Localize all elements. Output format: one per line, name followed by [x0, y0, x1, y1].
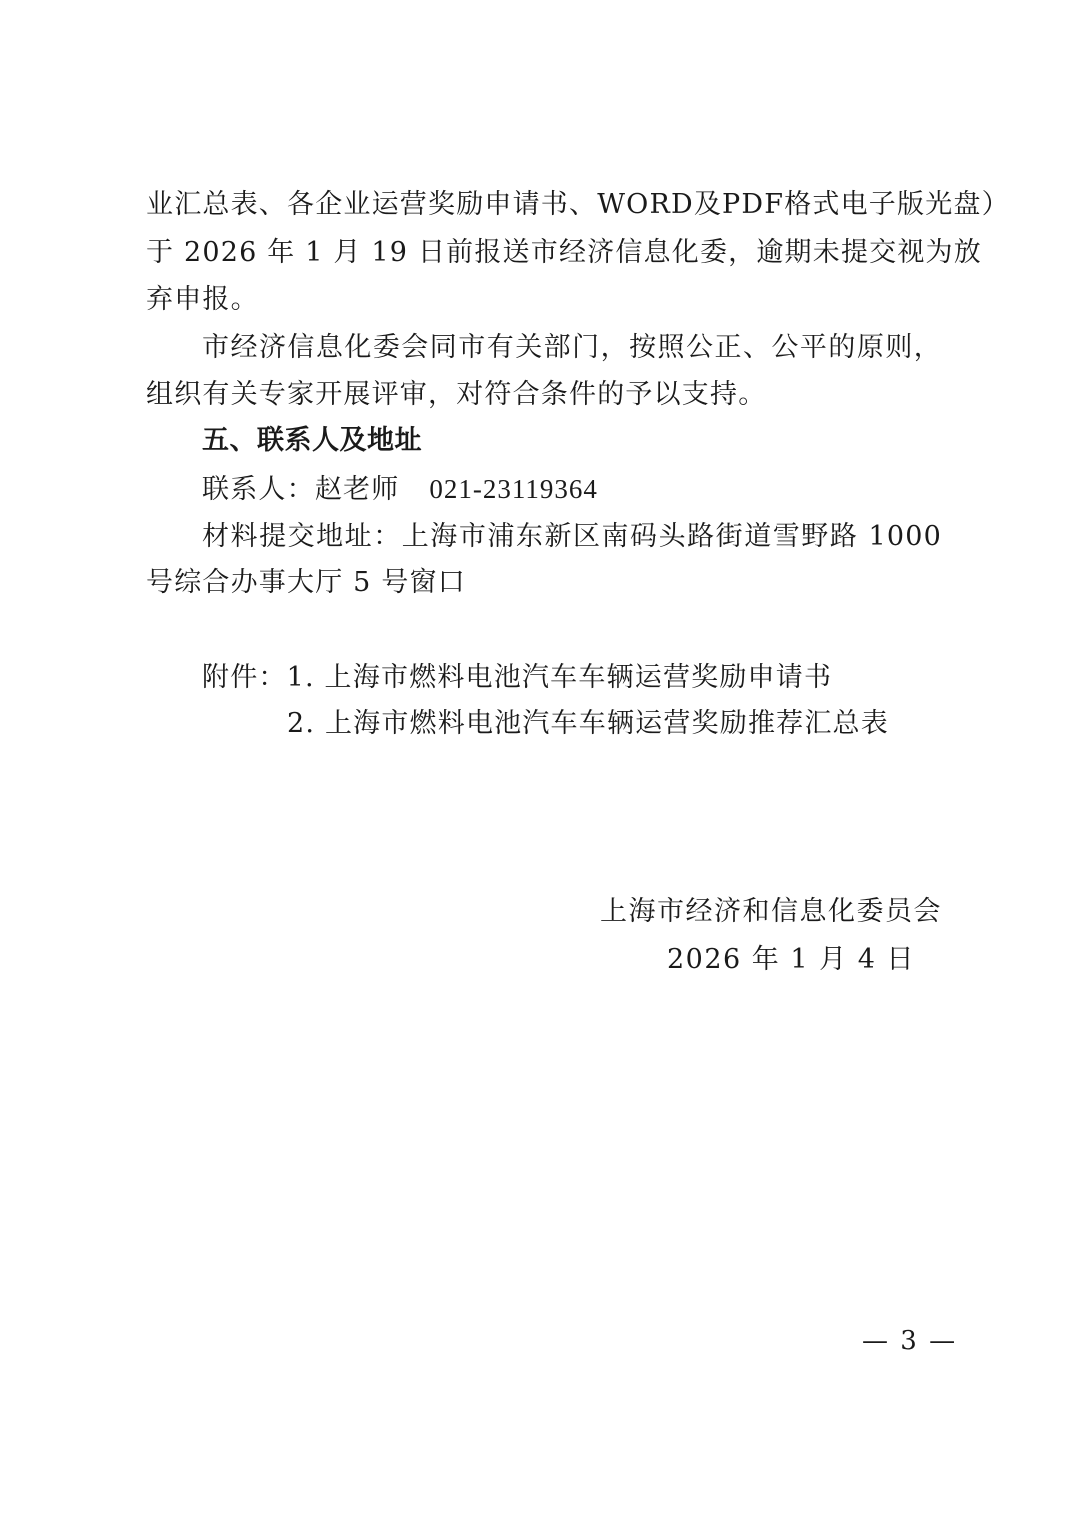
address-line-1: 材料提交地址：上海市浦东新区南码头路街道雪野路 1000 [202, 520, 942, 554]
address-line-2: 号综合办事大厅 5 号窗口 [146, 566, 466, 600]
signature-date: 2026 年 1 月 4 日 [667, 943, 915, 977]
signature-organization: 上海市经济和信息化委员会 [600, 895, 942, 929]
contact-label: 联系人： [202, 474, 315, 505]
paragraph-submission-line-3: 弃申报。 [146, 283, 259, 317]
paragraph-submission-line-1: 业汇总表、各企业运营奖励申请书、WORD及PDF格式电子版光盘） [146, 188, 942, 222]
attachment-item-2: 2. 上海市燃料电池汽车车辆运营奖励推荐汇总表 [287, 707, 889, 741]
attachment-item-1: 1. 上海市燃料电池汽车车辆运营奖励申请书 [287, 662, 833, 693]
section-heading-contact: 五、联系人及地址 [202, 424, 422, 458]
document-page: 业汇总表、各企业运营奖励申请书、WORD及PDF格式电子版光盘） 于 2026 … [0, 0, 1080, 1528]
attachments-line-1: 附件：1. 上海市燃料电池汽车车辆运营奖励申请书 [202, 661, 832, 695]
contact-name: 赵老师 [315, 474, 400, 505]
attachments-label: 附件： [202, 662, 287, 693]
contact-line: 联系人：赵老师021-23119364 [202, 472, 598, 507]
paragraph-review-line-2: 组织有关专家开展评审，对符合条件的予以支持。 [146, 378, 766, 412]
paragraph-review-line-1: 市经济信息化委会同市有关部门，按照公正、公平的原则， [202, 331, 942, 365]
contact-phone: 021-23119364 [429, 474, 598, 504]
paragraph-submission-line-2: 于 2026 年 1 月 19 日前报送市经济信息化委，逾期未提交视为放 [146, 236, 942, 270]
page-number: — 3 — [862, 1326, 957, 1356]
